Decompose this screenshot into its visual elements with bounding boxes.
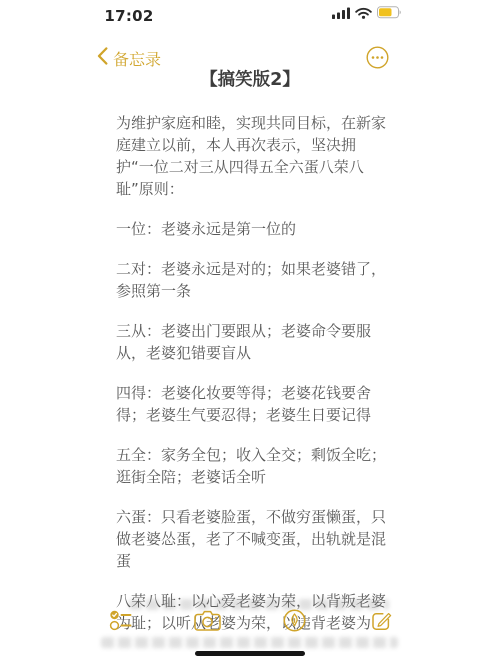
battery-icon [377,4,402,23]
note-paragraph: 二对：老婆永远是对的；如果老婆错了，参照第一条 [116,258,388,302]
checklist-button[interactable] [107,608,135,636]
note-body[interactable]: 为维护家庭和睦，实现共同目标，在新家庭建立以前，本人再次表示，坚决拥护“一位二对… [116,112,388,652]
note-paragraph: 四得：老婆化妆要等得；老婆花钱要舍得；老婆生气要忍得；老婆生日要记得 [116,382,388,426]
note-paragraph: 五全：家务全包；收入全交；剩饭全吃；逛街全陪；老婆话全听 [116,444,388,488]
markup-button[interactable] [280,608,308,636]
compose-icon [369,609,393,636]
notes-app-screen: 17:02 [0,0,500,667]
camera-button[interactable] [194,608,222,636]
note-paragraph: 六蛋：只看老婆脸蛋，不做穷蛋懒蛋，只做老婆怂蛋，老了不喊变蛋，出轨就是混蛋 [116,506,388,572]
cellular-signal-icon [332,4,350,23]
wifi-icon [355,4,372,23]
camera-icon [194,610,221,634]
blurred-scrolled-text [101,637,398,648]
checklist-icon [109,610,133,634]
status-bar-time: 17:02 [100,7,158,25]
note-paragraph: 为维护家庭和睦，实现共同目标，在新家庭建立以前，本人再次表示，坚决拥护“一位二对… [116,112,388,200]
markup-pen-icon [283,609,306,635]
note-paragraph: 三从：老婆出门要跟从；老婆命令要服从，老婆犯错要盲从 [116,320,388,364]
notes-toolbar [107,607,395,637]
compose-button[interactable] [367,608,395,636]
note-paragraph: 一位：老婆永远是第一位的 [116,218,388,240]
home-indicator[interactable] [195,651,305,656]
note-title: 【搞笑版2】 [0,66,500,91]
status-bar-icons [332,10,402,23]
